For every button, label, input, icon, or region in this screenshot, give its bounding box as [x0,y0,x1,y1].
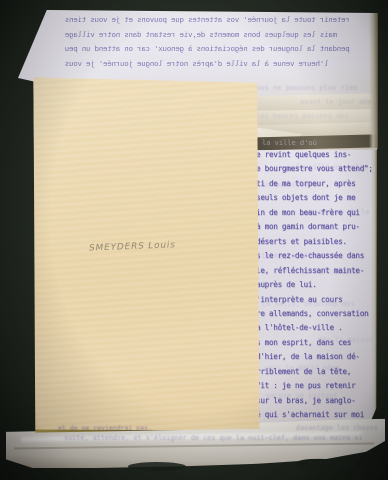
typed-text-line: à l'hôtel-de-ville . [256,323,342,332]
typed-text-line: auprès de lui. [256,280,317,289]
show-through-text: de la commune [302,268,357,276]
typed-text-line: e revint quelques ins- [256,150,351,159]
typed-text-line: é qui s'acharnait sur moi [256,410,364,419]
show-through-text: Le maire, Fernand [262,252,334,260]
show-through-text: encore un instant [266,392,338,400]
show-through-text: dès la maison [318,336,373,344]
typed-text-line: déserts et paisibles. [256,237,347,246]
show-through-text: suite, attendre, et s'éloigner de ces qu… [64,434,363,442]
show-through-text: La salle, beaucoup des [262,300,355,308]
pencil-name: SMEYDERS Louis [89,240,176,253]
mirrored-typed-line: pendant la longueur des négociations à g… [65,44,350,53]
show-through-text: les heures passées dès [256,112,349,120]
background-gap [128,462,186,471]
show-through-text: au perron de la [306,208,369,216]
typed-text-line: seuls objets dont je me [256,193,355,202]
typed-text-line: à mon gamin dormant pru- [256,222,360,231]
show-through-text: davantage les choses [296,424,378,432]
show-through-text: la ville d'où [262,139,317,147]
page-top-edge-highlight [47,9,375,13]
show-through-text: avant le jour même [300,98,376,106]
paper-crease [14,442,374,449]
page-stack-edge [369,13,378,148]
show-through-text: vers le matin même [264,364,340,372]
typed-text-line: re allemands, conversation [256,309,368,318]
mirrored-typed-line: l'heure venue à la ville d'après notre l… [65,59,328,68]
show-through-text: nous ne pouvons plus rien [252,84,357,92]
cream-cover-sheet: SMEYDERS Louis et de ne reviendrai pas, [33,76,261,433]
show-through-text: et de ne reviendrai pas, [58,424,152,432]
typed-text-line: fit : je ne pus retenir [256,381,355,390]
typed-text-line: d'hier, de la maison dé- [256,352,360,361]
document-photo: e revint quelques ins-e bourgmestre vous… [0,0,388,480]
mirrored-typed-line: retenir toute la journée' vos attentes q… [65,15,350,24]
background-gap [295,458,355,471]
show-through-text: la ville au matin [296,163,368,171]
mirrored-typed-line: mais les quelques bons moments de,vie re… [65,30,337,39]
show-through-text: un mot encore [262,181,317,189]
